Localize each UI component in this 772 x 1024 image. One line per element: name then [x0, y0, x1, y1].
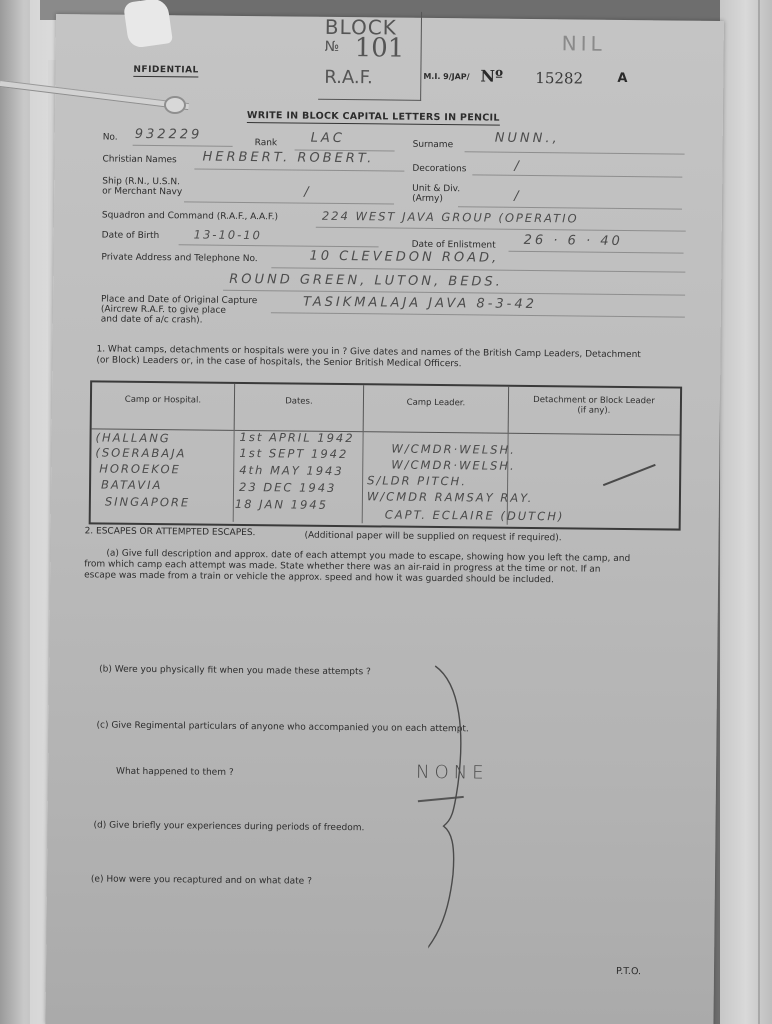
brace-mark [428, 664, 491, 955]
decorations-value: / [514, 159, 522, 174]
decorations-label: Decorations [412, 164, 466, 175]
column-divider [362, 431, 364, 523]
row-3-date: 4th MAY 1943 [239, 463, 344, 478]
ship-line [184, 201, 394, 204]
surname-line [465, 151, 685, 154]
row-5-leader: CAPT. ECLAIRE (DUTCH) [385, 507, 565, 523]
enlistment-line [509, 251, 684, 254]
dob-label: Date of Birth [102, 230, 160, 241]
no-line [133, 145, 233, 147]
address-underline-2 [223, 290, 685, 296]
row-3-leader: S/LDR PITCH. [367, 473, 467, 488]
stamp-line-3: R.A.F. [324, 67, 373, 89]
ship-label-line-2: or Merchant Navy [102, 186, 182, 197]
camps-table: Camp or Hospital. Dates. Camp Leader. De… [89, 380, 682, 530]
question-2c-followup: What happened to them ? [116, 767, 234, 778]
instruction-heading: WRITE IN BLOCK CAPITAL LETTERS IN PENCIL [247, 110, 500, 126]
rank-value: LAC [311, 131, 345, 146]
surname-value: NUNN., [495, 131, 560, 147]
unit-line [458, 206, 682, 209]
row-4-date: 23 DEC 1943 [239, 480, 337, 495]
question-2d: (d) Give briefly your experiences during… [93, 820, 364, 833]
form-reference: M.I. 9/JAP/ [423, 72, 469, 81]
block-stamp: BLOCK № 101 R.A.F. [318, 11, 422, 101]
string-knot [164, 96, 186, 114]
question-2-note: (Additional paper will be supplied on re… [304, 531, 561, 544]
background-right-pages [720, 0, 772, 1024]
document-number: 15282 [535, 69, 583, 87]
christian-names-label: Christian Names [102, 154, 176, 165]
address-line-1: 10 CLEVEDON ROAD, [309, 249, 499, 266]
torn-paper-corner [123, 0, 173, 49]
row-1-date: 1st APRIL 1942 [240, 430, 355, 445]
no-value: 932229 [135, 127, 203, 143]
row-3-detachment-dash [603, 464, 656, 486]
squadron-line [316, 227, 686, 232]
address-label: Private Address and Telephone No. [101, 252, 257, 264]
number-label: Nº [480, 66, 503, 85]
address-underline-1 [271, 267, 685, 272]
dob-value: 13-10-10 [194, 227, 262, 242]
stamp-number-prefix: № [325, 39, 340, 55]
nil-annotation: NIL [562, 31, 606, 55]
enlistment-value: 26 · 6 · 40 [524, 233, 623, 249]
series-letter: A [617, 71, 627, 86]
stamp-number: 101 [355, 33, 405, 64]
unit-label-line-2: (Army) [412, 194, 443, 204]
classification-label: NFIDENTIAL [133, 65, 198, 78]
row-5-date: 18 JAN 1945 [235, 497, 328, 512]
row-5-camp: SINGAPORE [105, 495, 190, 510]
surname-label: Surname [413, 140, 454, 150]
address-line-2: ROUND GREEN, LUTON, BEDS. [229, 272, 503, 290]
squadron-label: Squadron and Command (R.A.F., A.A.F.) [102, 210, 278, 222]
unit-value: / [514, 189, 522, 204]
question-2b: (b) Were you physically fit when you mad… [99, 664, 371, 677]
row-2-camp: (SOERABAJA [95, 445, 186, 460]
rank-label: Rank [255, 138, 278, 148]
unit-label-line-1: Unit & Div. [412, 184, 460, 195]
question-2-heading: 2. ESCAPES OR ATTEMPTED ESCAPES. [85, 526, 256, 538]
row-1-leader: W/CMDR·WELSH. [391, 442, 515, 457]
ship-value: / [304, 185, 312, 200]
question-2e: (e) How were you recaptured and on what … [91, 874, 312, 886]
capture-label-line-3: and date of a/c crash). [101, 314, 203, 325]
row-1-camp: (HALLANG [95, 430, 170, 445]
header-camp: Camp or Hospital. [92, 382, 235, 429]
decorations-line [472, 174, 682, 177]
capture-line [271, 312, 685, 317]
row-3-camp: HOROEKOE [99, 461, 181, 476]
dob-line [179, 244, 379, 247]
pto-label: P.T.O. [616, 966, 641, 977]
question-2c: (c) Give Regimental particulars of anyon… [96, 720, 468, 734]
header-detachment: Detachment or Block Leader (if any). [509, 387, 679, 435]
form-page: NFIDENTIAL BLOCK № 101 R.A.F. NIL M.I. 9… [45, 14, 724, 1024]
no-label: No. [103, 132, 118, 142]
row-4-camp: BATAVIA [101, 477, 162, 492]
capture-value: TASIKMALAJA JAVA 8-3-42 [303, 295, 537, 312]
background-page-edge [758, 0, 760, 1024]
christian-names-value: HERBERT. ROBERT. [202, 150, 374, 167]
header-camp-leader: Camp Leader. [364, 385, 509, 433]
header-dates: Dates. [235, 384, 364, 431]
row-4-leader: W/CMDR RAMSAY RAY. [367, 489, 534, 505]
row-2-date: 1st SEPT 1942 [239, 446, 348, 461]
squadron-value: 224 WEST JAVA GROUP (OPERATIO [322, 209, 579, 226]
row-2-leader: W/CMDR·WELSH. [391, 458, 515, 473]
christian-names-line [194, 168, 404, 171]
